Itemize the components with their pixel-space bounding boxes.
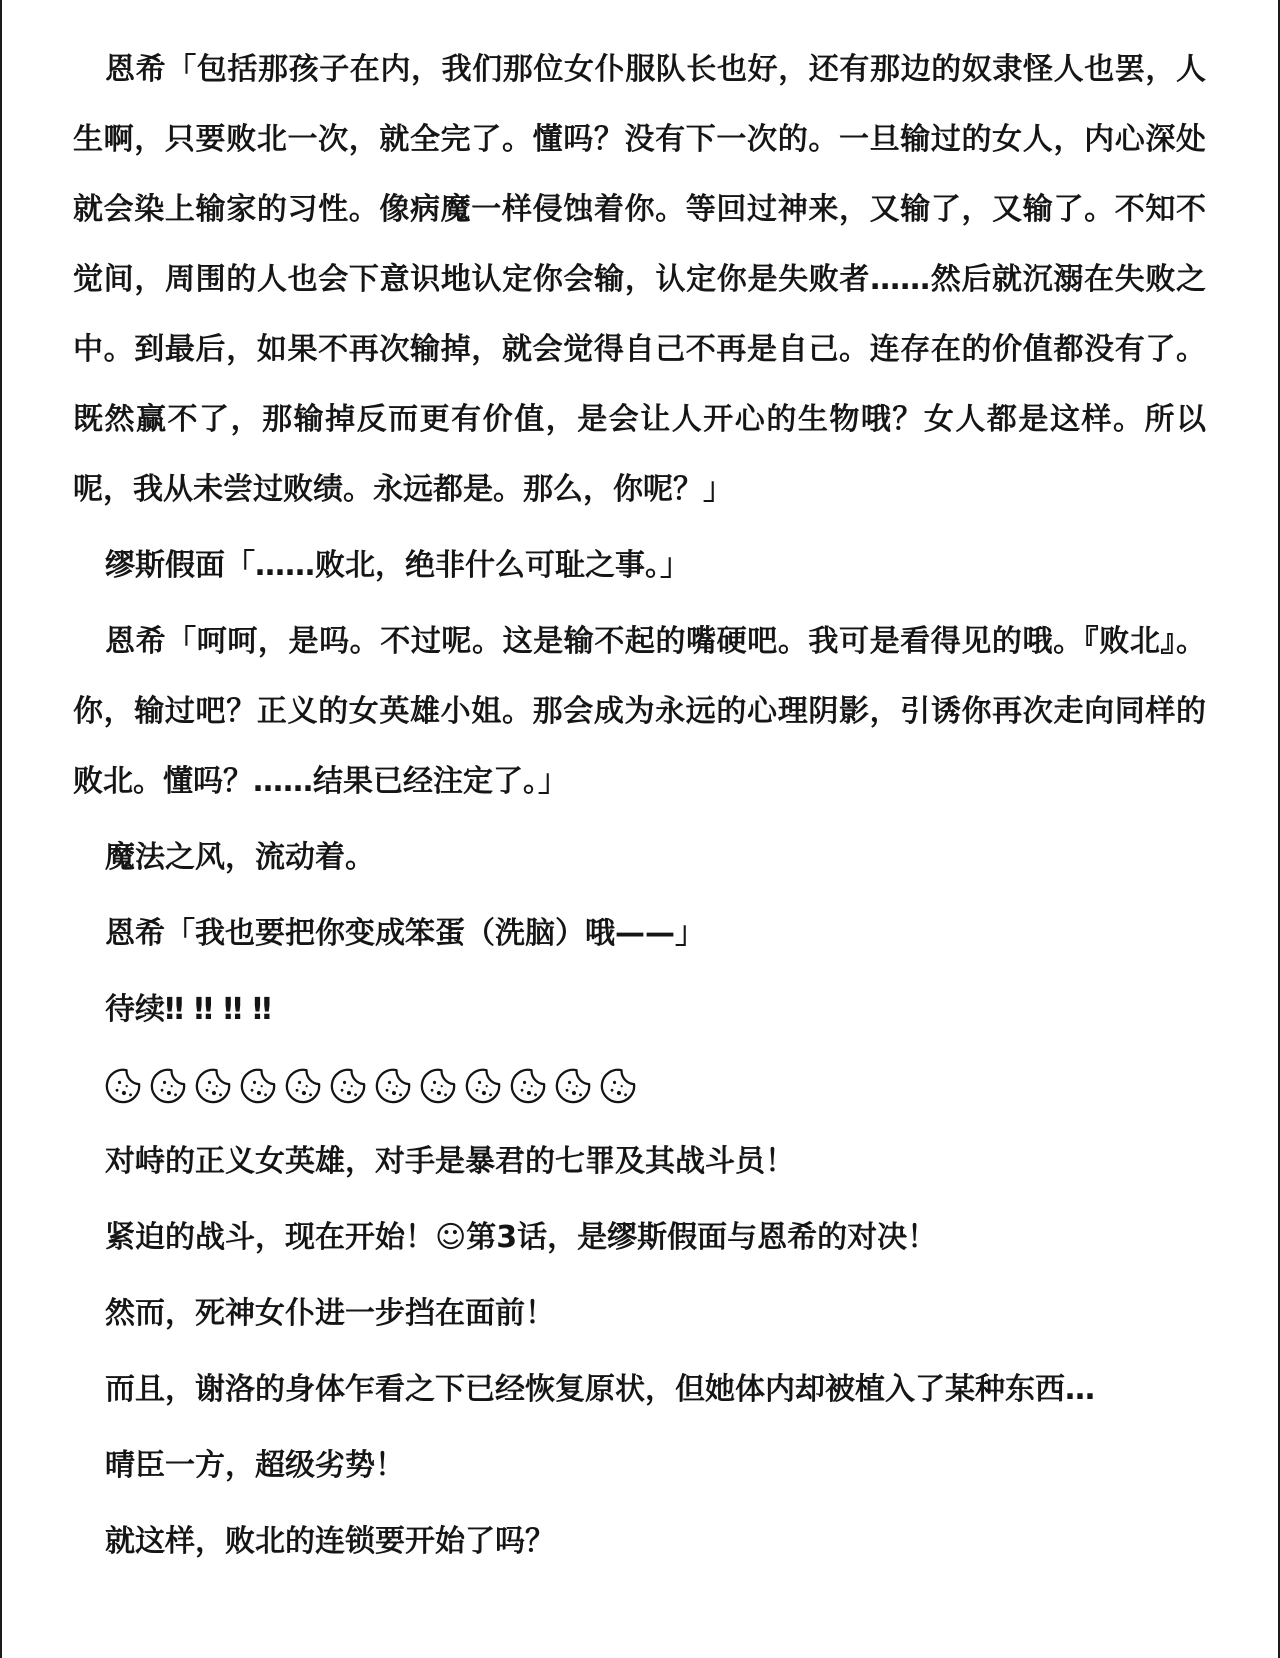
crescent-moon-face-icon [330, 1067, 368, 1107]
paragraph: 待续‼ ‼ ‼ ‼ [73, 975, 1206, 1045]
crescent-moon-face-icon [420, 1067, 458, 1107]
paragraph: 晴臣一方，超级劣势！ [73, 1431, 1206, 1501]
paragraph: 恩希「呵呵，是吗。不过呢。这是输不起的嘴硬吧。我可是看得见的哦。『败北』。你，输… [73, 607, 1206, 817]
document-page: 恩希「包括那孩子在内，我们那位女仆服队长也好，还有那边的奴隶怪人也罢，人生啊，只… [0, 0, 1280, 1658]
paragraph: 魔法之风，流动着。 [73, 823, 1206, 893]
page-left-border [0, 0, 2, 1658]
paragraph: 对峙的正义女英雄，对手是暴君的七罪及其战斗员！ [73, 1127, 1206, 1197]
paragraph: 紧迫的战斗，现在开始！☺第3话，是缪斯假面与恩希的对决！ [73, 1203, 1206, 1273]
paragraph: 然而，死神女仆进一步挡在面前！ [73, 1279, 1206, 1349]
paragraph: 恩希「我也要把你变成笨蛋（洗脑）哦——」 [73, 899, 1206, 969]
paragraph: 而且，谢洛的身体乍看之下已经恢复原状，但她体内却被植入了某种东西… [73, 1355, 1206, 1425]
crescent-moon-face-icon [555, 1067, 593, 1107]
document-body: 恩希「包括那孩子在内，我们那位女仆服队长也好，还有那边的奴隶怪人也罢，人生啊，只… [73, 35, 1206, 1577]
paragraph: 缪斯假面「……败北，绝非什么可耻之事。」 [73, 531, 1206, 601]
crescent-moon-face-icon [240, 1067, 278, 1107]
crescent-moon-face-icon [195, 1067, 233, 1107]
crescent-moon-face-icon [510, 1067, 548, 1107]
paragraph: 恩希「包括那孩子在内，我们那位女仆服队长也好，还有那边的奴隶怪人也罢，人生啊，只… [73, 35, 1206, 525]
moon-row [73, 1051, 1206, 1121]
crescent-moon-face-icon [150, 1067, 188, 1107]
crescent-moon-face-icon [375, 1067, 413, 1107]
paragraph: 就这样，败北的连锁要开始了吗？ [73, 1507, 1206, 1577]
crescent-moon-face-icon [105, 1067, 143, 1107]
crescent-moon-face-icon [285, 1067, 323, 1107]
crescent-moon-face-icon [600, 1067, 638, 1107]
crescent-moon-face-icon [465, 1067, 503, 1107]
